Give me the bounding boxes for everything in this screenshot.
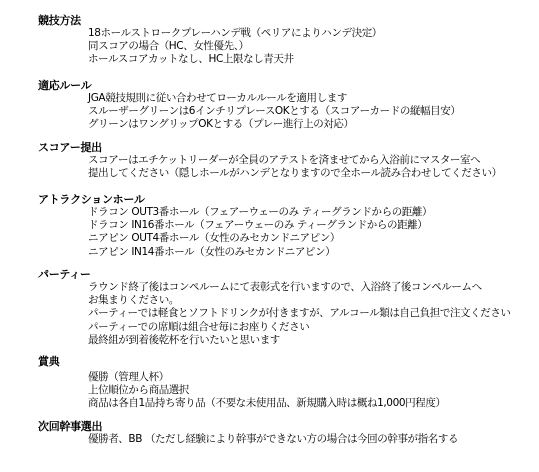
body-line: ニアピン OUT4番ホール（女性のみセカンドニアピン） xyxy=(88,232,432,245)
section-body: ドラコン OUT3番ホール（フェアーウェーのみ ティーグランドからの距離） ドラ… xyxy=(88,206,432,259)
body-line: 上位順位から商品選択 xyxy=(88,384,446,397)
section-heading: 次回幹事選出 xyxy=(38,420,102,433)
section-heading: 競技方法 xyxy=(38,14,81,27)
body-line: お集まりください。 xyxy=(88,294,511,307)
section-body: 18ホールストロークプレーハンデ戦（ペリアによりハンデ決定） 同スコアの場合（H… xyxy=(88,27,382,67)
body-line: スルーザーグリーンは6インチリプレースOKとする（スコアーカードの縦幅目安） xyxy=(88,105,460,118)
section-body: 優勝者、BB （ただし経験により幹事ができない方の場合は今回の幹事が指名する xyxy=(88,433,458,446)
body-line: ドラコン IN16番ホール（フェアーウェーのみ ティーグランドからの距離） xyxy=(88,219,432,232)
body-line: 商品は各自1品持ち寄り品（不要な未使用品、新規購入時は概ね1,000円程度） xyxy=(88,397,446,410)
section-heading: 適応ルール xyxy=(38,79,91,92)
body-line: JGA競技規則に従い合わせてローカルルールを適用します xyxy=(88,92,460,105)
body-line: 提出してください（隠しホールがハンデとなりますので全ホール読み合わせしてください… xyxy=(88,167,502,180)
body-line: ホールスコアカットなし、HC上限なし青天井 xyxy=(88,53,382,66)
body-line: ニアピン IN14番ホール（女性のみセカンドニアピン） xyxy=(88,246,432,259)
body-line: スコアーはエチケットリーダーが全員のアテストを済ませてから入浴前にマスター室へ xyxy=(88,154,502,167)
body-line: 最終組が到着後乾杯を行いたいと思います xyxy=(88,334,511,347)
body-line: パーティーでの席順は組合せ毎にお座りください xyxy=(88,321,511,334)
body-line: ドラコン OUT3番ホール（フェアーウェーのみ ティーグランドからの距離） xyxy=(88,206,432,219)
body-line: 優勝（管理人杯） xyxy=(88,371,446,384)
section-body: JGA競技規則に従い合わせてローカルルールを適用します スルーザーグリーンは6イ… xyxy=(88,92,460,132)
body-line: パーティーでは軽食とソフトドリンクが付きますが、アルコール類は自己負担で注文くだ… xyxy=(88,307,511,320)
body-line: ラウンド終了後はコンペルームにて表彰式を行いますので、入浴終了後コンペルームへ xyxy=(88,281,511,294)
section-heading: パーティー xyxy=(38,268,91,281)
section-body: ラウンド終了後はコンペルームにて表彰式を行いますので、入浴終了後コンペルームへ … xyxy=(88,281,511,347)
body-line: グリーンはワングリップOKとする（プレー進行上の対応） xyxy=(88,118,460,131)
section-body: スコアーはエチケットリーダーが全員のアテストを済ませてから入浴前にマスター室へ … xyxy=(88,154,502,180)
section-heading: スコアー提出 xyxy=(38,141,102,154)
body-line: 同スコアの場合（HC、女性優先、） xyxy=(88,40,382,53)
section-heading: アトラクションホール xyxy=(38,193,145,206)
body-line: 優勝者、BB （ただし経験により幹事ができない方の場合は今回の幹事が指名する xyxy=(88,433,458,446)
body-line: 18ホールストロークプレーハンデ戦（ペリアによりハンデ決定） xyxy=(88,27,382,40)
section-heading: 賞典 xyxy=(38,355,59,368)
section-body: 優勝（管理人杯） 上位順位から商品選択 商品は各自1品持ち寄り品（不要な未使用品… xyxy=(88,371,446,411)
